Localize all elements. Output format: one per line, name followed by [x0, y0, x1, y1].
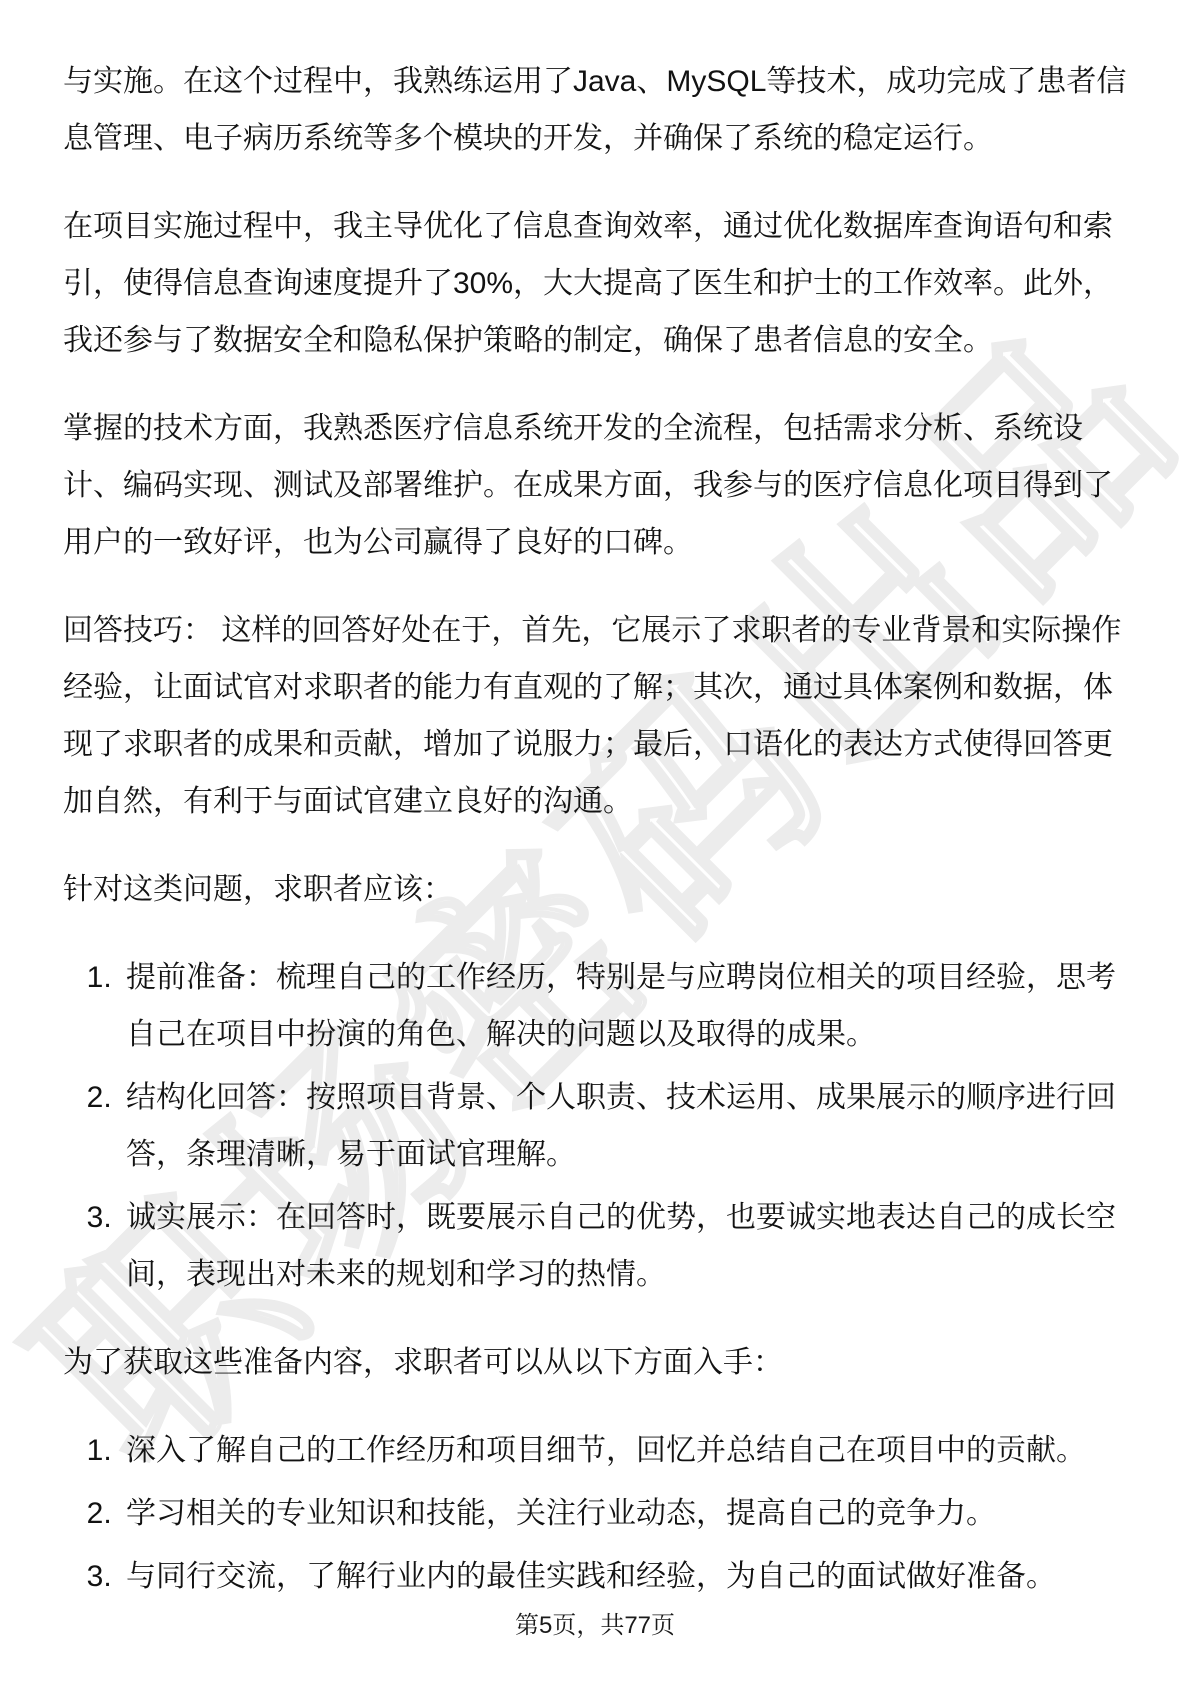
- list-item: 提前准备：梳理自己的工作经历，特别是与应聘岗位相关的项目经验，思考自己在项目中扮…: [120, 949, 1127, 1063]
- body-paragraph: 回答技巧： 这样的回答好处在于，首先，它展示了求职者的专业背景和实际操作经验，让…: [63, 602, 1127, 830]
- preparation-list: 深入了解自己的工作经历和项目细节，回忆并总结自己在项目中的贡献。 学习相关的专业…: [63, 1422, 1127, 1605]
- list-item: 结构化回答：按照项目背景、个人职责、技术运用、成果展示的顺序进行回答，条理清晰，…: [120, 1069, 1127, 1183]
- list-item: 与同行交流，了解行业内的最佳实践和经验，为自己的面试做好准备。: [120, 1548, 1127, 1605]
- document-page-content: 与实施。在这个过程中，我熟练运用了Java、MySQL等技术，成功完成了患者信息…: [63, 53, 1127, 1636]
- list-item: 学习相关的专业知识和技能，关注行业动态，提高自己的竞争力。: [120, 1485, 1127, 1542]
- body-paragraph: 掌握的技术方面，我熟悉医疗信息系统开发的全流程，包括需求分析、系统设计、编码实现…: [63, 400, 1127, 571]
- list-item: 深入了解自己的工作经历和项目细节，回忆并总结自己在项目中的贡献。: [120, 1422, 1127, 1479]
- body-paragraph: 针对这类问题，求职者应该：: [63, 861, 1127, 918]
- advice-list: 提前准备：梳理自己的工作经历，特别是与应聘岗位相关的项目经验，思考自己在项目中扮…: [63, 949, 1127, 1303]
- body-paragraph: 与实施。在这个过程中，我熟练运用了Java、MySQL等技术，成功完成了患者信息…: [63, 53, 1127, 167]
- body-paragraph: 为了获取这些准备内容，求职者可以从以下方面入手：: [63, 1334, 1127, 1391]
- page-number-indicator: 第5页，共77页: [515, 1612, 675, 1639]
- list-item: 诚实展示：在回答时，既要展示自己的优势，也要诚实地表达自己的成长空间，表现出对未…: [120, 1189, 1127, 1303]
- body-paragraph: 在项目实施过程中，我主导优化了信息查询效率，通过优化数据库查询语句和索引，使得信…: [63, 198, 1127, 369]
- page-footer: 第5页，共77页: [0, 1612, 1190, 1640]
